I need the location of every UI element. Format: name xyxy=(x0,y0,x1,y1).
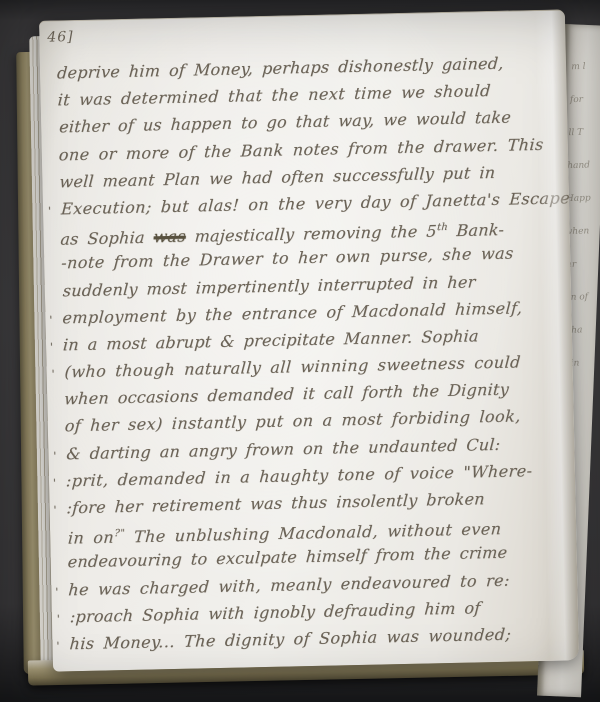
margin-mark: ' xyxy=(49,306,53,333)
edge-text-fragment: m l xyxy=(562,50,600,84)
margin-mark: ' xyxy=(55,578,59,605)
margin-mark: ' xyxy=(56,632,60,659)
superscript: th xyxy=(437,222,449,233)
margin-mark: ' xyxy=(50,333,54,360)
struck-out-word: was xyxy=(153,227,186,247)
photo-background: m lforll ThandHappwhenihrbin ofw haflein… xyxy=(0,0,600,702)
superscript: ?" xyxy=(114,528,126,539)
margin-mark: ' xyxy=(57,605,61,632)
page-number: 46] xyxy=(47,29,74,46)
margin-mark: ' xyxy=(48,198,52,225)
margin-mark: ' xyxy=(51,361,55,388)
margin-mark: ' xyxy=(53,442,57,469)
margin-mark: ' xyxy=(53,469,57,496)
manuscript-text: deprive him of Money, perhaps dishonestl… xyxy=(57,49,571,658)
manuscript-page: 46] deprive him of Money, perhaps dishon… xyxy=(39,9,579,671)
margin-mark: ' xyxy=(53,497,57,524)
